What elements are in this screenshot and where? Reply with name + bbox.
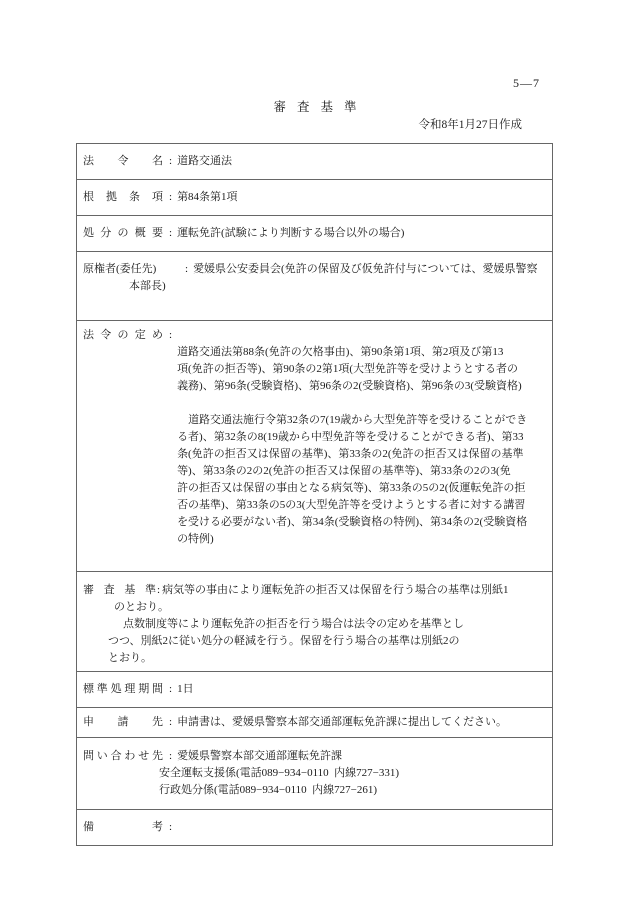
- row-standard-processing-period: 標準処理期間 : 1日: [77, 671, 552, 707]
- document-page: 5—7 審査基準 令和8年1月27日作成 法令名 : 道路交通法 根拠条項 : …: [0, 0, 630, 903]
- colon-separator: :: [163, 153, 177, 170]
- colon-separator: :: [163, 681, 177, 698]
- colon-separator: :: [163, 327, 177, 344]
- row-content: 道路交通法第88条(免許の欠格事由)、第90条第1項、第2項及び第13 項(免許…: [177, 327, 546, 565]
- row-remarks: 備考 :: [77, 809, 552, 845]
- colon-separator: :: [179, 261, 193, 278]
- standards-table: 法令名 : 道路交通法 根拠条項 : 第84条第1項 処分の概要 : 運転免許(…: [76, 143, 553, 846]
- row-label: 審査基準: [83, 582, 156, 599]
- row-content: 1日: [177, 681, 546, 698]
- row-disposition-outline: 処分の概要 : 運転免許(試験により判断する場合以外の場合): [77, 215, 552, 251]
- colon-separator: :: [163, 189, 177, 206]
- row-label: 処分の概要: [83, 225, 163, 242]
- row-basis-article: 根拠条項 : 第84条第1項: [77, 179, 552, 215]
- row-content-continued: つつ、別紙2に従い処分の軽減を行う。保留を行う場合の基準は別紙2の: [108, 633, 546, 650]
- contact-administrative-disposition-section: 行政処分係(電話089−934−0110 内線727−261): [159, 782, 546, 799]
- row-contact-info: 問い合わせ先 : 愛媛県警察本部交通部運転免許課 安全運転支援係(電話089−9…: [77, 737, 552, 809]
- colon-separator: :: [163, 819, 177, 836]
- row-content: 申請書は、愛媛県警察本部交通部運転免許課に提出してください。: [177, 714, 546, 731]
- row-label: 問い合わせ先: [83, 748, 163, 765]
- row-content-continued: とおり。: [108, 650, 546, 667]
- row-content: 愛媛県公安委員会(免許の保留及び仮免許付与については、愛媛県警察: [193, 261, 546, 278]
- row-content-continued: 本部長): [129, 278, 546, 295]
- row-label: 法令の定め: [83, 327, 163, 344]
- row-label: 根拠条項: [83, 189, 163, 206]
- row-content-continued: 点数制度等により運転免許の拒否を行う場合は法令の定めを基準とし: [123, 616, 546, 633]
- created-date: 令和8年1月27日作成: [419, 116, 523, 132]
- row-line: 問い合わせ先 : 愛媛県警察本部交通部運転免許課: [83, 748, 546, 765]
- provisions-paragraph-enforcement-order: 道路交通法施行令第32条の7(19歳から大型免許等を受けることができ る者)、第…: [177, 412, 546, 548]
- row-legal-provisions: 法令の定め : 道路交通法第88条(免許の欠格事由)、第90条第1項、第2項及び…: [77, 320, 552, 571]
- row-label: 申請先: [83, 714, 163, 731]
- row-examination-standard: 審査基準 : 病気等の事由により運転免許の拒否又は保留を行う場合の基準は別紙1 …: [77, 571, 552, 671]
- row-content-continued: のとおり。: [114, 599, 546, 616]
- row-application-destination: 申請先 : 申請書は、愛媛県警察本部交通部運転免許課に提出してください。: [77, 707, 552, 737]
- colon-separator: :: [163, 748, 177, 765]
- row-content: 第84条第1項: [177, 189, 546, 206]
- contact-safe-driving-section: 安全運転支援係(電話089−934−0110 内線727−331): [159, 765, 546, 782]
- colon-separator: :: [163, 225, 177, 242]
- row-label: 原権者(委任先): [83, 261, 179, 278]
- row-content: 運転免許(試験により判断する場合以外の場合): [177, 225, 546, 242]
- page-number: 5—7: [513, 76, 540, 91]
- row-label: 備考: [83, 819, 163, 836]
- row-content: 病気等の事由により運転免許の拒否又は保留を行う場合の基準は別紙1: [162, 582, 546, 599]
- row-law-name: 法令名 : 道路交通法: [77, 144, 552, 179]
- row-label: 標準処理期間: [83, 681, 163, 698]
- document-title: 審査基準: [0, 97, 630, 115]
- provisions-paragraph-road-traffic-act: 道路交通法第88条(免許の欠格事由)、第90条第1項、第2項及び第13 項(免許…: [177, 344, 546, 395]
- row-line: 審査基準 : 病気等の事由により運転免許の拒否又は保留を行う場合の基準は別紙1: [83, 582, 546, 599]
- row-original-authority: 原権者(委任先) : 愛媛県公安委員会(免許の保留及び仮免許付与については、愛媛…: [77, 251, 552, 320]
- row-label: 法令名: [83, 153, 163, 170]
- row-line: 原権者(委任先) : 愛媛県公安委員会(免許の保留及び仮免許付与については、愛媛…: [83, 261, 546, 278]
- row-content: 道路交通法: [177, 153, 546, 170]
- colon-separator: :: [163, 714, 177, 731]
- row-content: 愛媛県警察本部交通部運転免許課: [177, 748, 546, 765]
